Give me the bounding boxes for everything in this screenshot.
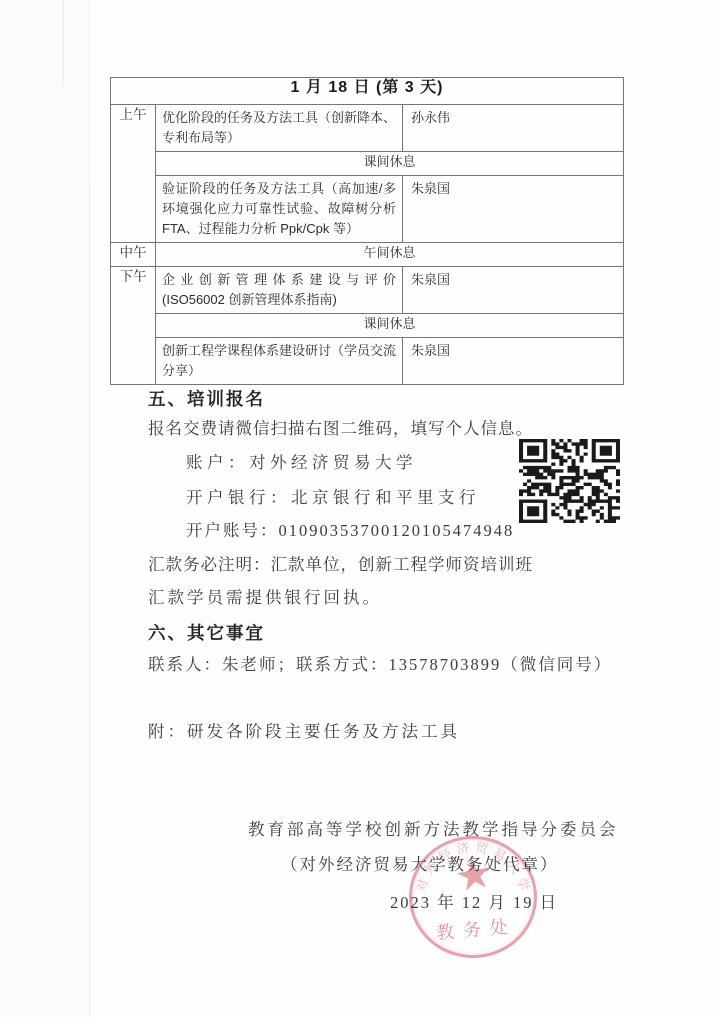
registration-qr-code <box>519 439 620 523</box>
table-row: 课间休息 <box>111 314 624 338</box>
topic-cell: 优化阶段的任务及方法工具（创新降本、专利布局等） <box>156 105 403 152</box>
table-title: 1 月 18 日 (第 3 天) <box>111 78 624 105</box>
period-cell-morning: 上午 <box>111 105 156 243</box>
break-cell-noon: 午间休息 <box>156 243 624 267</box>
topic-cell: 验证阶段的任务及方法工具（高加速/多环境强化应力可靠性试验、故障树分析FTA、过… <box>156 176 403 243</box>
topic-cell: 创新工程学课程体系建设研讨（学员交流分享） <box>156 338 403 385</box>
section5-heading: 五、培训报名 <box>148 386 265 411</box>
scan-crease-line-top <box>63 0 64 85</box>
appendix-line: 附：研发各阶段主要任务及方法工具 <box>148 721 460 743</box>
section6-heading: 六、其它事宜 <box>148 620 265 645</box>
schedule-table: 1 月 18 日 (第 3 天) 上午 优化阶段的任务及方法工具（创新降本、专利… <box>110 77 624 385</box>
table-row: 课间休息 <box>111 152 624 176</box>
instructor-cell: 朱泉国 <box>403 338 624 385</box>
table-row: 中午 午间休息 <box>111 243 624 267</box>
account-name-line: 账户：对外经济贸易大学 <box>186 452 417 474</box>
table-row: 验证阶段的任务及方法工具（高加速/多环境强化应力可靠性试验、故障树分析FTA、过… <box>111 176 624 243</box>
signature-org-line: 教育部高等学校创新方法教学指导分委员会 <box>248 819 619 841</box>
table-row: 1 月 18 日 (第 3 天) <box>111 78 624 105</box>
topic-cell: 企业创新管理体系建设与评价 (ISO56002 创新管理体系指南) <box>156 267 403 314</box>
period-cell-noon: 中午 <box>111 243 156 267</box>
instructor-cell: 朱泉国 <box>403 176 624 243</box>
table-row: 创新工程学课程体系建设研讨（学员交流分享） 朱泉国 <box>111 338 624 385</box>
account-number-line: 开户账号：01090353700120105474948 <box>186 520 514 542</box>
signature-proxy-line: （对外经济贸易大学教务处代章） <box>281 854 559 876</box>
contact-line: 联系人：朱老师；联系方式：13578703899（微信同号） <box>148 654 612 676</box>
instructor-cell: 孙永伟 <box>403 105 624 152</box>
instructor-cell: 朱泉国 <box>403 267 624 314</box>
seal-bottom-text: 教务处 <box>407 910 537 947</box>
receipt-note-line: 汇款学员需提供银行回执。 <box>148 587 382 609</box>
period-cell-afternoon: 下午 <box>111 267 156 385</box>
table-row: 上午 优化阶段的任务及方法工具（创新降本、专利布局等） 孙永伟 <box>111 105 624 152</box>
signature-date-line: 2023 年 12 月 19 日 <box>390 892 558 914</box>
table-row: 下午 企业创新管理体系建设与评价 (ISO56002 创新管理体系指南) 朱泉国 <box>111 267 624 314</box>
bank-line: 开户银行：北京银行和平里支行 <box>186 487 480 509</box>
break-cell: 课间休息 <box>156 152 624 176</box>
page-margin-strip <box>0 0 88 1017</box>
break-cell: 课间休息 <box>156 314 624 338</box>
remit-note-line: 汇款务必注明：汇款单位，创新工程学师资培训班 <box>148 554 533 576</box>
scan-crease-line <box>89 0 90 1017</box>
section5-intro: 报名交费请微信扫描右图二维码，填写个人信息。 <box>148 418 533 440</box>
scanned-document-page: { "table": { "title": "1 月 18 日 (第 3 天)"… <box>0 0 720 1017</box>
